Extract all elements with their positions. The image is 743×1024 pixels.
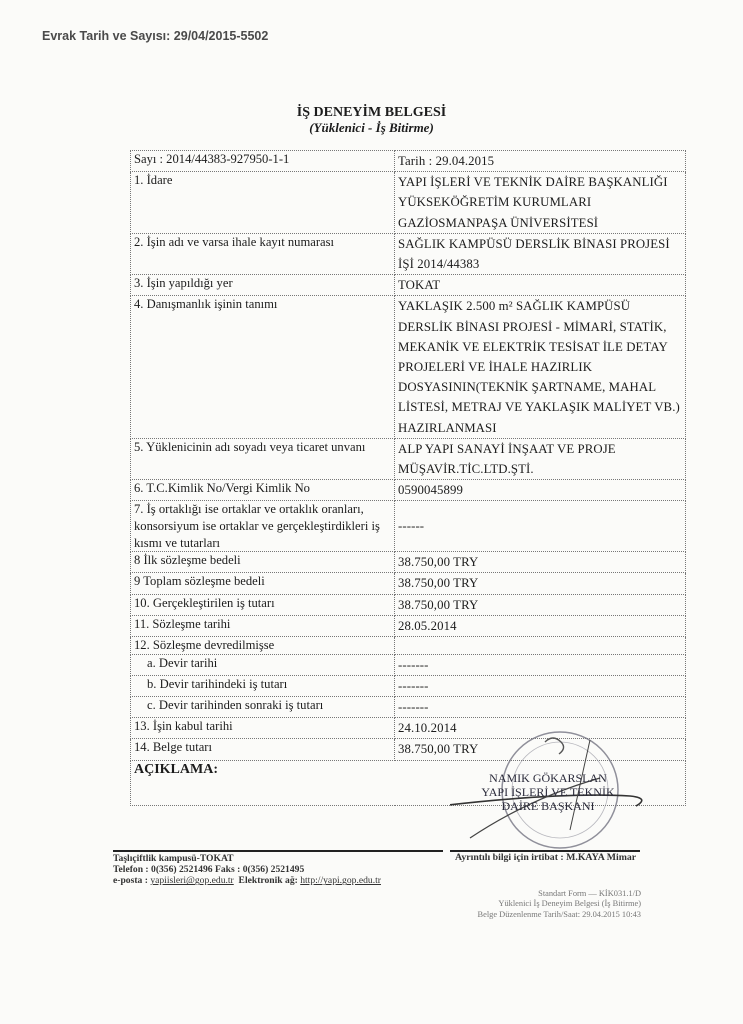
row-value: SAĞLIK KAMPÜSÜ DERSLİK BİNASI PROJESİ İŞ…: [395, 233, 686, 274]
web-link[interactable]: http://yapi.gop.edu.tr: [300, 875, 381, 886]
email-label: e-posta :: [113, 875, 148, 886]
row-label: 3. İşin yapıldığı yer: [131, 275, 395, 296]
row-value: -------: [395, 697, 686, 718]
document-date-number: Evrak Tarih ve Sayısı: 29/04/2015-5502: [42, 29, 268, 43]
table-row: 12. Sözleşme devredilmişse: [131, 637, 686, 655]
certificate-date: Tarih : 29.04.2015: [395, 151, 686, 172]
standard-form-info: Standart Form — KİK031.1/D Yüklenici İş …: [478, 889, 641, 920]
table-row: 4. Danışmanlık işinin tanımıYAKLAŞIK 2.5…: [131, 296, 686, 438]
table-row: c. Devir tarihinden sonraki iş tutarı---…: [131, 697, 686, 718]
row-label: 6. T.C.Kimlik No/Vergi Kimlik No: [131, 480, 395, 501]
footer-divider-left: [113, 850, 443, 852]
table-row: b. Devir tarihindeki iş tutarı-------: [131, 675, 686, 696]
row-label: 2. İşin adı ve varsa ihale kayıt numaras…: [131, 233, 395, 274]
row-label: 10. Gerçekleştirilen iş tutarı: [131, 594, 395, 615]
table-row: 5. Yüklenicinin adı soyadı veya ticaret …: [131, 438, 686, 479]
table-row: 10. Gerçekleştirilen iş tutarı38.750,00 …: [131, 594, 686, 615]
web-label: Elektronik ağ:: [239, 875, 298, 886]
contact-person: Ayrıntılı bilgi için irtibat : M.KAYA Mi…: [455, 852, 636, 863]
experience-certificate-table: Sayı : 2014/44383-927950-1-1 Tarih : 29.…: [130, 150, 686, 806]
footer-address-block: Taşlıçiftlik kampusü-TOKAT Telefon : 0(3…: [113, 853, 381, 887]
row-label: 13. İşin kabul tarihi: [131, 718, 395, 739]
table-row: 11. Sözleşme tarihi28.05.2014: [131, 615, 686, 636]
table-row: 8 İlk sözleşme bedeli38.750,00 TRY: [131, 552, 686, 573]
row-label: 4. Danışmanlık işinin tanımı: [131, 296, 395, 438]
table-row: 6. T.C.Kimlik No/Vergi Kimlik No 0590045…: [131, 480, 686, 501]
row-label: 1. İdare: [131, 172, 395, 234]
row-label: c. Devir tarihinden sonraki iş tutarı: [131, 697, 395, 718]
document-title: İŞ DENEYİM BELGESİ: [0, 104, 743, 121]
row-value: ------: [395, 501, 686, 552]
document-subtitle: (Yüklenici - İş Bitirme): [0, 120, 743, 136]
footer-address: Taşlıçiftlik kampusü-TOKAT: [113, 853, 381, 864]
row-value: 28.05.2014: [395, 615, 686, 636]
row-label: 8 İlk sözleşme bedeli: [131, 552, 395, 573]
footer-phone: Telefon : 0(356) 2521496 Faks : 0(356) 2…: [113, 864, 381, 875]
row-value: YAPI İŞLERİ VE TEKNİK DAİRE BAŞKANLIĞI Y…: [395, 172, 686, 234]
row-value: -------: [395, 675, 686, 696]
standard-form-description: Yüklenici İş Deneyim Belgesi (İş Bitirme…: [478, 899, 641, 909]
row-label: 9 Toplam sözleşme bedeli: [131, 573, 395, 594]
signatory-name: NAMIK GÖKARSLAN: [448, 771, 648, 785]
table-row: 3. İşin yapıldığı yerTOKAT: [131, 275, 686, 296]
table-row: 1. İdareYAPI İŞLERİ VE TEKNİK DAİRE BAŞK…: [131, 172, 686, 234]
row-label: a. Devir tarihi: [131, 654, 395, 675]
row-value: 0590045899: [395, 480, 686, 501]
table-row: 2. İşin adı ve varsa ihale kayıt numaras…: [131, 233, 686, 274]
row-label: b. Devir tarihindeki iş tutarı: [131, 675, 395, 696]
row-value: ALP YAPI SANAYİ İNŞAAT VE PROJE MÜŞAVİR.…: [395, 438, 686, 479]
table-row: 9 Toplam sözleşme bedeli38.750,00 TRY: [131, 573, 686, 594]
row-value: 38.750,00 TRY: [395, 552, 686, 573]
footer-contact-line: e-posta : yapiisleri@gop.edu.tr Elektron…: [113, 875, 381, 886]
document-issue-datetime: Belge Düzenlenme Tarih/Saat: 29.04.2015 …: [478, 910, 641, 920]
signatory-title-line2: DAİRE BAŞKANI: [448, 799, 648, 813]
row-value: [395, 637, 686, 655]
row-value: -------: [395, 654, 686, 675]
row-value: 38.750,00 TRY: [395, 594, 686, 615]
table-row: a. Devir tarihi-------: [131, 654, 686, 675]
row-value: YAKLAŞIK 2.500 m² SAĞLIK KAMPÜSÜ DERSLİK…: [395, 296, 686, 438]
row-label: 7. İş ortaklığı ise ortaklar ve ortaklık…: [131, 501, 395, 552]
email-link[interactable]: yapiisleri@gop.edu.tr: [150, 875, 233, 886]
standard-form-code: Standart Form — KİK031.1/D: [478, 889, 641, 899]
table-row: 7. İş ortaklığı ise ortaklar ve ortaklık…: [131, 501, 686, 552]
certificate-number: Sayı : 2014/44383-927950-1-1: [131, 151, 395, 172]
row-label: 14. Belge tutarı: [131, 739, 395, 760]
row-value: 38.750,00 TRY: [395, 573, 686, 594]
aciklama-label: AÇIKLAMA:: [134, 762, 218, 777]
signatory-title-line1: YAPI İŞLERİ VE TEKNİK: [448, 785, 648, 799]
row-value: TOKAT: [395, 275, 686, 296]
row-label: 11. Sözleşme tarihi: [131, 615, 395, 636]
row-label: 5. Yüklenicinin adı soyadı veya ticaret …: [131, 438, 395, 479]
row-label: 12. Sözleşme devredilmişse: [131, 637, 395, 655]
table-row-header: Sayı : 2014/44383-927950-1-1 Tarih : 29.…: [131, 151, 686, 172]
